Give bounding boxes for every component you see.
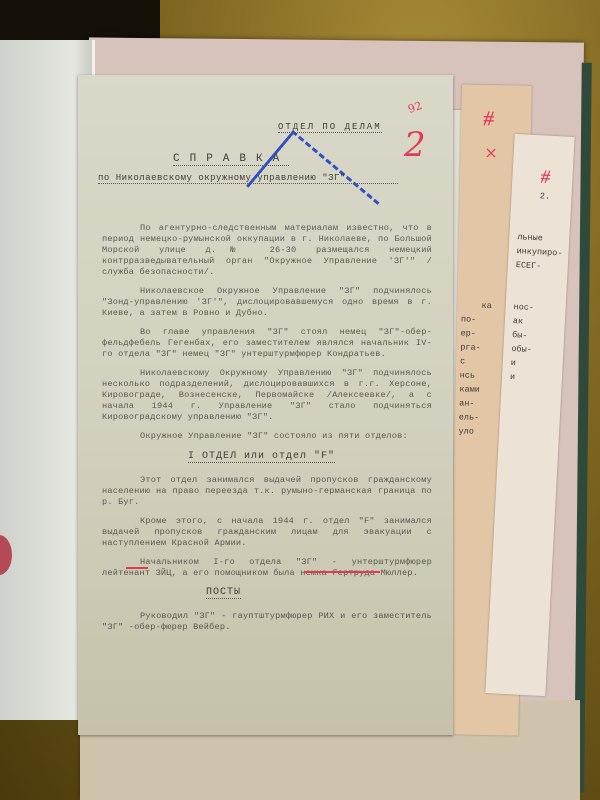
paragraph: Руководил "ЗГ" - гауптштурмфюрер РИХ и е… bbox=[102, 611, 432, 633]
paragraph: Окружное Управление "ЗГ" состояло из пят… bbox=[102, 431, 432, 442]
paragraph: Во главе управления "ЗГ" стоял немец "ЗГ… bbox=[102, 327, 432, 360]
document-title: СПРАВКА bbox=[173, 153, 289, 166]
section-1-text: Этот отдел занимался выдачей пропусков г… bbox=[102, 475, 432, 587]
folio-number: 2 bbox=[404, 125, 426, 165]
paragraph: Этот отдел занимался выдачей пропусков г… bbox=[102, 475, 432, 508]
paragraph: Николаевское Окружное Управление "ЗГ" по… bbox=[102, 286, 432, 319]
thumb bbox=[0, 535, 12, 575]
red-cross-mark: × bbox=[484, 143, 498, 162]
paragraph: Начальником I-го отдела "ЗГ" - унтерштур… bbox=[102, 557, 432, 579]
section-heading-2: ПОСТЫ bbox=[206, 587, 241, 599]
sheet-b-fragments: ка по- ер- рга- с нсь ками ан- ель- уло bbox=[458, 284, 492, 453]
section-heading-1: I ОТДЕЛ или отдел "F" bbox=[188, 451, 335, 463]
document-subtitle: по Николаевскому окружному управлению "З… bbox=[98, 173, 398, 184]
typed-document-page: 92 2 ОТДЕЛ ПО ДЕЛАМ СПРАВКА по Николаевс… bbox=[78, 75, 453, 735]
folio-number-old: 92 bbox=[406, 99, 424, 116]
intro-text: По агентурно-следственным материалам изв… bbox=[102, 223, 432, 450]
red-crossed-folio: ⧣ bbox=[483, 105, 495, 129]
paragraph: По агентурно-следственным материалам изв… bbox=[102, 223, 432, 278]
section-2-text: Руководил "ЗГ" - гауптштурмфюрер РИХ и е… bbox=[102, 611, 432, 641]
header-department: ОТДЕЛ ПО ДЕЛАМ bbox=[278, 122, 382, 133]
red-underline-name-1 bbox=[126, 567, 148, 569]
paragraph: Кроме этого, с начала 1944 г. отдел "F" … bbox=[102, 516, 432, 549]
sheet-a-fragments: 2. льные инкупиро- ЕСЕГ- нос- ак бы- обы… bbox=[509, 174, 567, 400]
background-shadow bbox=[0, 0, 160, 40]
red-underline-name-2 bbox=[304, 571, 380, 573]
paragraph: Николаевскому Окружному Управлению "ЗГ" … bbox=[102, 368, 432, 423]
red-crossed-folio-2: ⧣ bbox=[540, 165, 551, 187]
